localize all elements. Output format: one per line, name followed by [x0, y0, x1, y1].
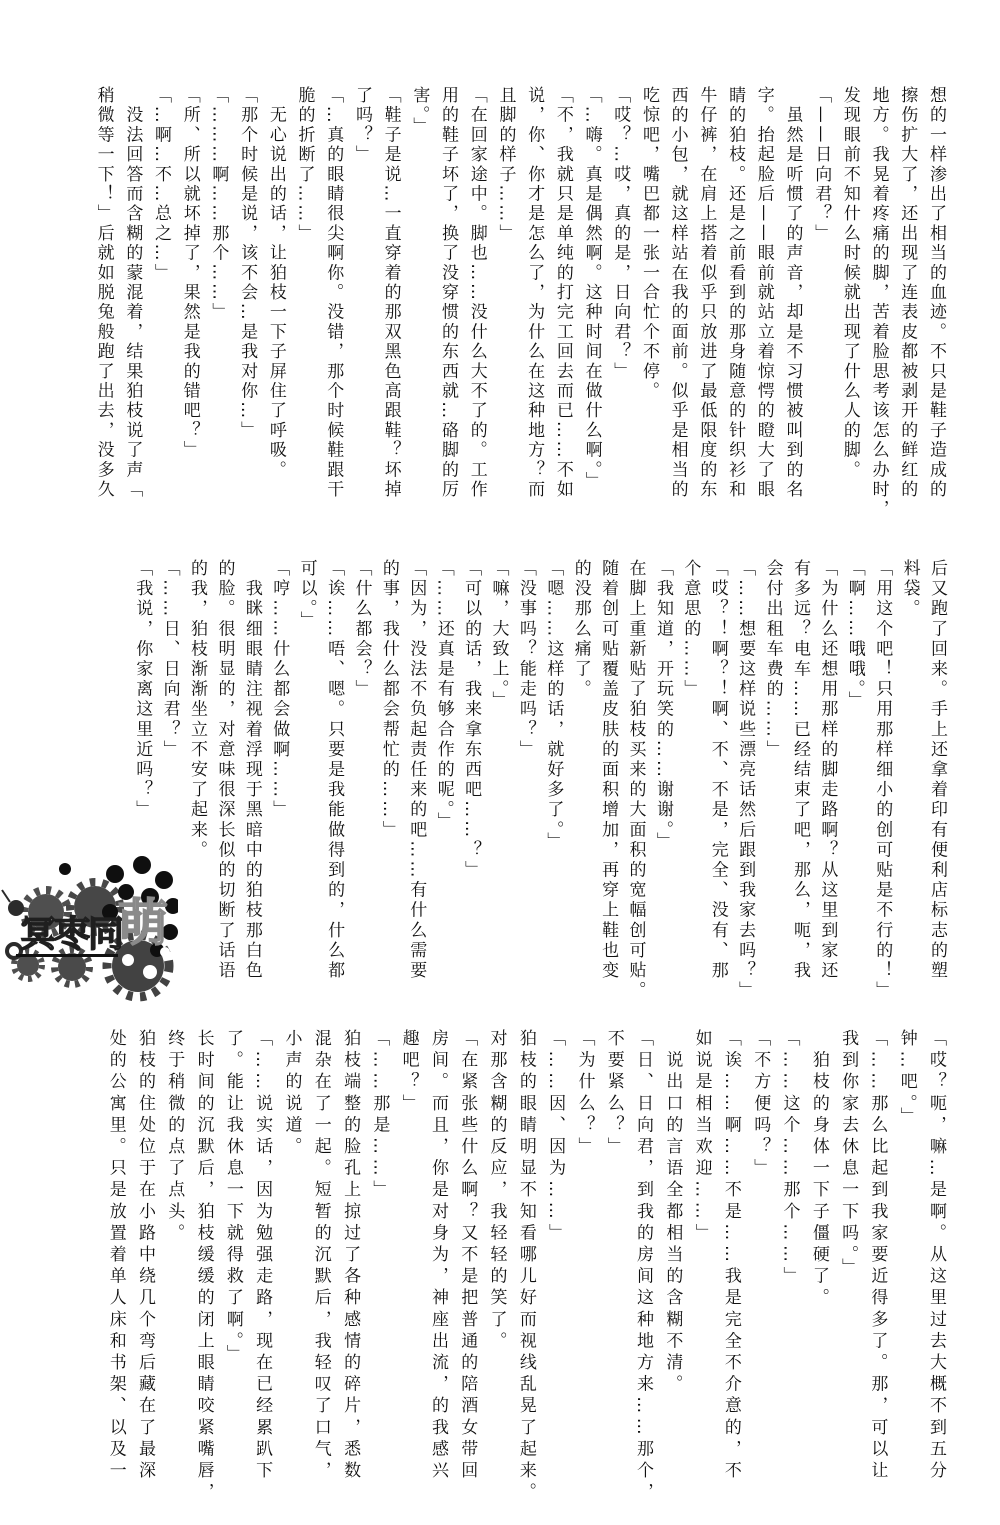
text-column: 牛仔裤，在肩上搭着似乎只放进了最低限度的东 — [692, 86, 721, 524]
text-block-bottom: 「哎？呃，嘛…是啊。从这里过去大概不到五分钟…吧。」「……那么比起到我家要近得多… — [100, 1029, 950, 1513]
text-column: 房间。而且，你是对身为，神座出流，的我感兴 — [423, 1029, 452, 1513]
text-column: 稍微等一下！」后就如脱兔般跑了出去，没多久 — [89, 86, 118, 524]
text-column: 狛枝的眼睛明显不知看哪儿好而视线乱晃了起来。 — [511, 1029, 540, 1513]
text-column: 西的小包，就这样站在我的面前。似乎是相当的 — [663, 86, 692, 524]
text-column: 「用这个吧！只用那样细小的创可贴是不行的！」 — [868, 559, 895, 1007]
text-column: 「在回家途中。脚也……没什么大不了的。工作 — [462, 86, 491, 524]
circle-group-logo: 冥枣同 萌 — [0, 852, 178, 1016]
text-column: 料袋。 — [895, 559, 922, 1007]
text-column: 可以。」 — [292, 559, 319, 1007]
text-column: 用的鞋子坏了，换了没穿惯的东西就…硌脚的厉 — [433, 86, 462, 524]
text-column: 长时间的沉默后，狛枝缓缓的闭上眼睛咬紧嘴唇， — [188, 1029, 217, 1513]
text-column: 害。」 — [405, 86, 434, 524]
text-column: 「为什么？」 — [569, 1029, 598, 1513]
text-column: 我眯细眼睛注视着浮现于黑暗中的狛枝那白色 — [237, 559, 264, 1007]
text-column: 「……这个……那个……」 — [774, 1029, 803, 1513]
text-column: 「诶……啊……不是……我是完全不介意的，不 — [716, 1029, 745, 1513]
text-column: 「…啊…不…总之…」 — [146, 86, 175, 524]
text-column: 趣吧？」 — [393, 1029, 422, 1513]
text-column: 「…嗨。真是偶然啊。这种时间在做什么啊。」 — [577, 86, 606, 524]
text-column: 「那个时候是说，该不会…是我对你…」 — [232, 86, 261, 524]
text-column: 「哎？…哎，真的是，日向君？」 — [606, 86, 635, 524]
text-column: 虽然是听惯了的声音，却是不习惯被叫到的名 — [778, 86, 807, 524]
text-column: 个意思的……」 — [676, 559, 703, 1007]
text-column: 处的公寓里。只是放置着单人床和书架、以及一 — [100, 1029, 129, 1513]
text-column: 「鞋子是说…一直穿着的那双黑色高跟鞋？坏掉 — [376, 86, 405, 524]
text-column: 狛枝的身体一下子僵硬了。 — [804, 1029, 833, 1513]
text-column: 「为什么还想用那样的脚走路啊？从这里到家还 — [813, 559, 840, 1007]
text-column: 有多远？电车……已经结束了吧，那么，呃，我 — [786, 559, 813, 1007]
text-column: 我到你家去休息一下吗。」 — [833, 1029, 862, 1513]
text-column: 字。抬起脸后——眼前就站立着惊愕的瞪大了眼 — [749, 86, 778, 524]
text-column: 的我，狛枝渐渐坐立不安了起来。 — [183, 559, 210, 1007]
text-column: 「——日向君？」 — [806, 86, 835, 524]
text-column: 钟…吧。」 — [891, 1029, 920, 1513]
text-column: 了。能让我休息一下就得救了啊。」 — [218, 1029, 247, 1513]
text-column: 「哎？！啊？！啊、不、不是，完全、没有、那 — [703, 559, 730, 1007]
text-column: 对那含糊的反应，我轻轻的笑了。 — [481, 1029, 510, 1513]
text-column: 睛的狛枝。还是之前看到的那身随意的针织衫和 — [720, 86, 749, 524]
text-column: 了吗？」 — [347, 86, 376, 524]
text-column: 擦伤扩大了，还出现了连表皮都被剥开的鲜红的 — [893, 86, 922, 524]
text-column: 不要紧么？」 — [598, 1029, 627, 1513]
text-block-top: 想的一样渗出了相当的血迹。不只是鞋子造成的擦伤扩大了，还出现了连表皮都被剥开的鲜… — [89, 86, 950, 524]
text-column: 想的一样渗出了相当的血迹。不只是鞋子造成的 — [921, 86, 950, 524]
text-column: 「……那是……」 — [364, 1029, 393, 1513]
text-column: 「……说实话，因为勉强走路，现在已经累趴下 — [247, 1029, 276, 1513]
text-column: 「可以的话，我来拿东西吧……？」 — [457, 559, 484, 1007]
text-column: 无心说出的话，让狛枝一下子屏住了呼吸。 — [261, 86, 290, 524]
text-column: 且脚的样子……」 — [491, 86, 520, 524]
text-column: 「我知道，开玩笑的……谢谢。」 — [649, 559, 676, 1007]
text-column: 「所、所以就坏掉了，果然是我的错吧？」 — [175, 86, 204, 524]
text-column: 吃惊吧，嘴巴都一张一合忙个不停。 — [634, 86, 663, 524]
text-column: 「哼……什么都会做啊……」 — [265, 559, 292, 1007]
text-column: 发现眼前不知什么时候就出现了什么人的脚。 — [835, 86, 864, 524]
text-column: 「啊……哦哦。」 — [840, 559, 867, 1007]
text-column: 没法回答而含糊的蒙混着，结果狛枝说了声「 — [118, 86, 147, 524]
text-column: 终于稍微的点了点头。 — [159, 1029, 188, 1513]
text-column: 会付出租车费的……」 — [758, 559, 785, 1007]
text-column: 「……那么比起到我家要近得多了。那，可以让 — [862, 1029, 891, 1513]
doujin-text-page: 想的一样渗出了相当的血迹。不只是鞋子造成的擦伤扩大了，还出现了连表皮都被剥开的鲜… — [0, 0, 1000, 1525]
text-column: 的没那么痛了。 — [566, 559, 593, 1007]
logo-text-accent: 萌 — [118, 894, 168, 952]
text-column: 说出口的言语全都相当的含糊不清。 — [657, 1029, 686, 1513]
text-column: 「在紧张些什么啊？又不是把普通的陪酒女带回 — [452, 1029, 481, 1513]
text-column: 的脸。很明显的，对意味很深长似的切断了话语 — [210, 559, 237, 1007]
text-column: 地方。我晃着疼痛的脚，苦着脸思考该怎么办时， — [864, 86, 893, 524]
text-column: 「……想要这样说些漂亮话然后跟到我家去吗？」 — [731, 559, 758, 1007]
text-column: 「…真的眼睛很尖啊你。没错，那个时候鞋跟干 — [319, 86, 348, 524]
text-column: 小声的说道。 — [276, 1029, 305, 1513]
text-column: 随着创可贴覆盖皮肤的面积增加，再穿上鞋也变 — [594, 559, 621, 1007]
text-column: 「什么都会？」 — [347, 559, 374, 1007]
text-column: 「嘛，大致上。」 — [484, 559, 511, 1007]
text-block-middle: 后又跑了回来。手上还拿着印有便利店标志的塑料袋。「用这个吧！只用那样细小的创可贴… — [128, 559, 950, 1007]
text-column: 脆的折断了……」 — [290, 86, 319, 524]
text-column: 「不方便吗？」 — [745, 1029, 774, 1513]
text-column: 「不，我就只是单纯的打完工回去而已……不如 — [548, 86, 577, 524]
text-column: 混杂在了一起。短暂的沉默后，我轻叹了口气， — [305, 1029, 334, 1513]
text-column: 「日、日向君，到我的房间这种地方来……那个， — [628, 1029, 657, 1513]
text-column: 后又跑了回来。手上还拿着印有便利店标志的塑 — [923, 559, 950, 1007]
text-column: 说，你、你才是怎么了，为什么在这种地方？而 — [519, 86, 548, 524]
text-column: 「嗯……这样的话，就好多了。」 — [539, 559, 566, 1007]
text-column: 「因为，没法不负起责任来的吧……有什么需要 — [402, 559, 429, 1007]
text-column: 「哎？呃，嘛…是啊。从这里过去大概不到五分 — [921, 1029, 950, 1513]
text-column: 「……因、因为……」 — [540, 1029, 569, 1513]
text-column: 狛枝的住处位于在小路中绕几个弯后藏在了最深 — [130, 1029, 159, 1513]
text-column: 「………啊……那个……」 — [204, 86, 233, 524]
text-column: 「……还真是有够合作的呢。」 — [429, 559, 456, 1007]
text-column: 狛枝端整的脸孔上掠过了各种感情的碎片，悉数 — [335, 1029, 364, 1513]
text-column: 在脚上重新贴了狛枝买来的大面积的宽幅创可贴。 — [621, 559, 648, 1007]
text-column: 如说是相当欢迎……」 — [686, 1029, 715, 1513]
text-column: 「没事吗？能走吗？」 — [512, 559, 539, 1007]
text-column: 的事，我什么都会帮忙的……」 — [374, 559, 401, 1007]
logo-text-main: 冥枣同 — [20, 914, 123, 955]
text-column: 「诶……唔、嗯。只要是我能做得到的，什么都 — [320, 559, 347, 1007]
